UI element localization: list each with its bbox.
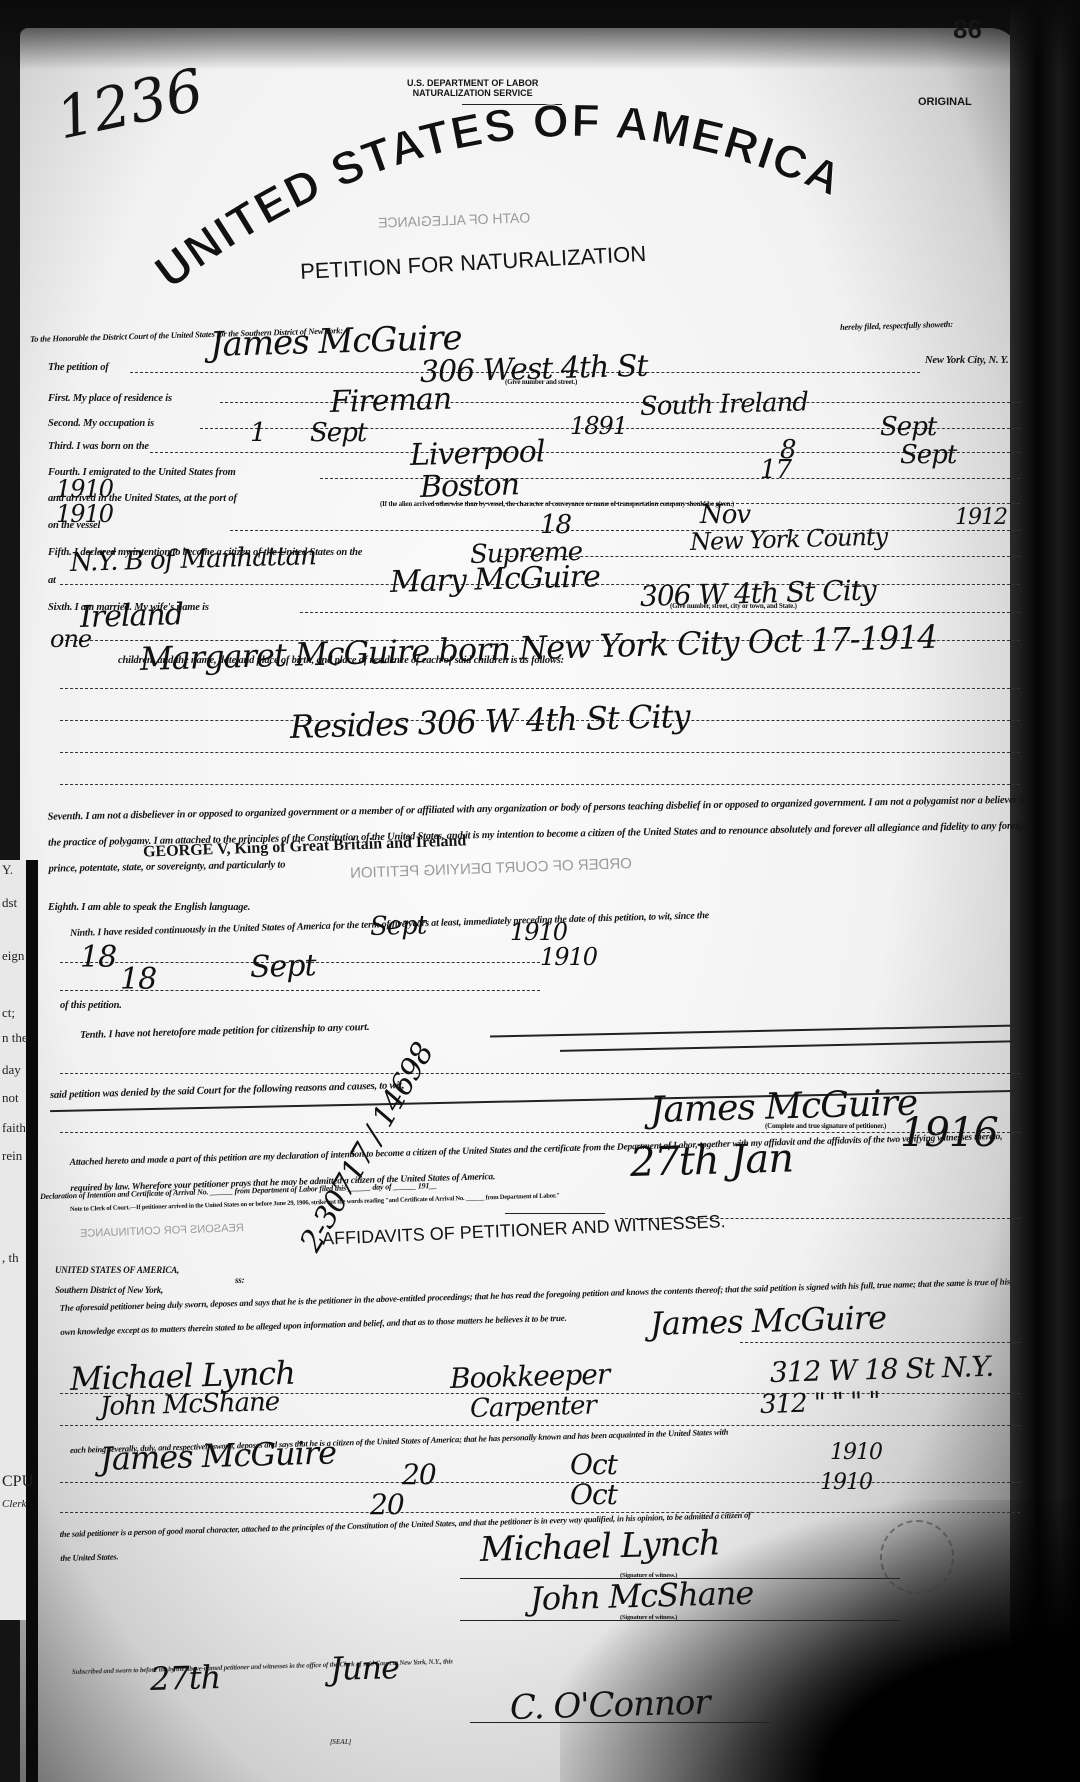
city: New York City, N. Y. <box>925 355 1008 366</box>
born-month: Sept <box>310 418 366 448</box>
affidavit-petitioner-signature: James McGuire <box>649 1298 886 1343</box>
known-petitioner: James McGuire <box>99 1433 336 1478</box>
petition-of-label: The petition of <box>48 362 109 373</box>
seal-label: [SEAL] <box>330 1738 351 1746</box>
margin-fragment: dst <box>2 895 17 911</box>
emigrated-month: Sept <box>880 412 936 442</box>
subscribed-day: 27th <box>149 1658 220 1698</box>
copy-label: ORIGINAL <box>918 96 972 108</box>
witness-2-residence: 312 " " " " <box>760 1387 880 1420</box>
of-this-petition: of this petition. <box>60 1000 122 1011</box>
emigrated-on-day: 17 <box>760 455 791 485</box>
top-shadow <box>0 0 1080 70</box>
witness-2-signature: John McShane <box>529 1574 753 1618</box>
field-line <box>60 752 1020 753</box>
margin-fragment: day <box>2 1062 21 1078</box>
witness-2-occupation: Carpenter <box>470 1390 597 1424</box>
margin-fragment: Y. <box>2 862 13 878</box>
born-place-value: South Ireland <box>640 387 809 422</box>
signature-line <box>460 1620 900 1621</box>
occupation-label: Second. My occupation is <box>48 418 154 429</box>
venue-1: UNITED STATES OF AMERICA, <box>55 1265 179 1275</box>
emigrated-year: 1910 <box>56 475 113 503</box>
ny-since-month: Sept <box>250 948 317 985</box>
us-since-month: Sept <box>370 910 427 942</box>
emigrated-on-month: Sept <box>900 440 956 470</box>
margin-fragment: rein <box>2 1148 22 1164</box>
address-hint: (Give number, street, city or town, and … <box>670 602 797 610</box>
emigrated-from: Liverpool <box>410 434 545 473</box>
children-count: one <box>50 625 91 653</box>
declared-at-label: at <box>48 575 56 586</box>
witness-1-residence: 312 W 18 St N.Y. <box>770 1350 994 1389</box>
margin-fragment: , th <box>2 1250 19 1266</box>
ny-since-year: 1910 <box>540 943 597 971</box>
page-binding-shadow <box>26 860 38 1782</box>
witness-1-signature: Michael Lynch <box>479 1523 720 1570</box>
filed-date: 27th Jan <box>629 1135 793 1186</box>
known-since-day: 20 <box>402 1458 436 1491</box>
margin-fragment: not <box>2 1090 19 1106</box>
filed-month: Jan <box>730 1135 794 1183</box>
born-year: 1891 <box>570 412 627 440</box>
court-seal-stamp <box>880 1520 954 1594</box>
declared-day: 18 <box>540 510 571 540</box>
margin-fragment: ct; <box>2 1005 15 1021</box>
filed-year: 1916 <box>900 1110 998 1156</box>
known-since-month: Oct <box>570 1448 617 1481</box>
witness-1-occupation: Bookkeeper <box>450 1358 610 1395</box>
signature-line <box>740 1342 1020 1343</box>
declared-year: 1912 <box>955 505 1007 530</box>
field-line <box>230 530 1020 531</box>
margin-fragment: faith <box>2 1120 26 1136</box>
known-since-year: 1910 <box>830 1440 882 1465</box>
witness-hint: (Signature of witness.) <box>620 1614 677 1621</box>
vessel-year: 1910 <box>56 500 113 528</box>
divider <box>505 1213 605 1214</box>
born-label: Third. I was born on the <box>48 441 149 452</box>
field-line <box>60 1425 1020 1426</box>
wife-name: Mary McGuire <box>390 559 601 600</box>
banner-arc: UNITED STATES OF AMERICA <box>150 90 870 320</box>
us-since-day: 18 <box>80 940 116 975</box>
field-line <box>60 784 1020 785</box>
residence-hint: (Give number and street.) <box>505 378 577 386</box>
margin-fragment: n the <box>2 1030 28 1046</box>
vessel-hint: (If the alien arrived otherwise than by … <box>380 500 734 508</box>
venue-ss: ss: <box>235 1275 244 1285</box>
witness-2-name: John McShane <box>100 1387 280 1422</box>
field-line <box>60 1482 1020 1483</box>
field-line <box>60 1073 1020 1074</box>
filed-day: 27th <box>629 1138 719 1186</box>
state-since-year: 1910 <box>820 1470 872 1495</box>
margin-fragment: Clerk <box>2 1498 26 1510</box>
subscribed-month: June <box>329 1648 399 1688</box>
declared-county: New York County <box>690 523 888 556</box>
occupation-value: Fireman <box>330 382 452 420</box>
residence-label: First. My place of residence is <box>48 393 172 404</box>
signature-hint: (Complete and true signature of petition… <box>765 1122 886 1130</box>
ny-since-day: 18 <box>120 962 156 997</box>
us-since-year: 1910 <box>510 918 567 946</box>
margin-fragment: CPU <box>2 1473 33 1491</box>
field-line <box>150 452 1020 453</box>
born-day: 1 <box>250 418 266 448</box>
department-name: U.S. DEPARTMENT OF LABOR <box>407 78 538 88</box>
wife-born: Ireland <box>80 597 184 635</box>
page-number: 86 <box>953 14 982 45</box>
eighth-clause: Eighth. I am able to speak the English l… <box>48 902 250 913</box>
clerk-signature: C. O'Connor <box>509 1682 710 1728</box>
margin-fragment: eign <box>2 948 24 964</box>
field-line <box>60 688 1020 689</box>
